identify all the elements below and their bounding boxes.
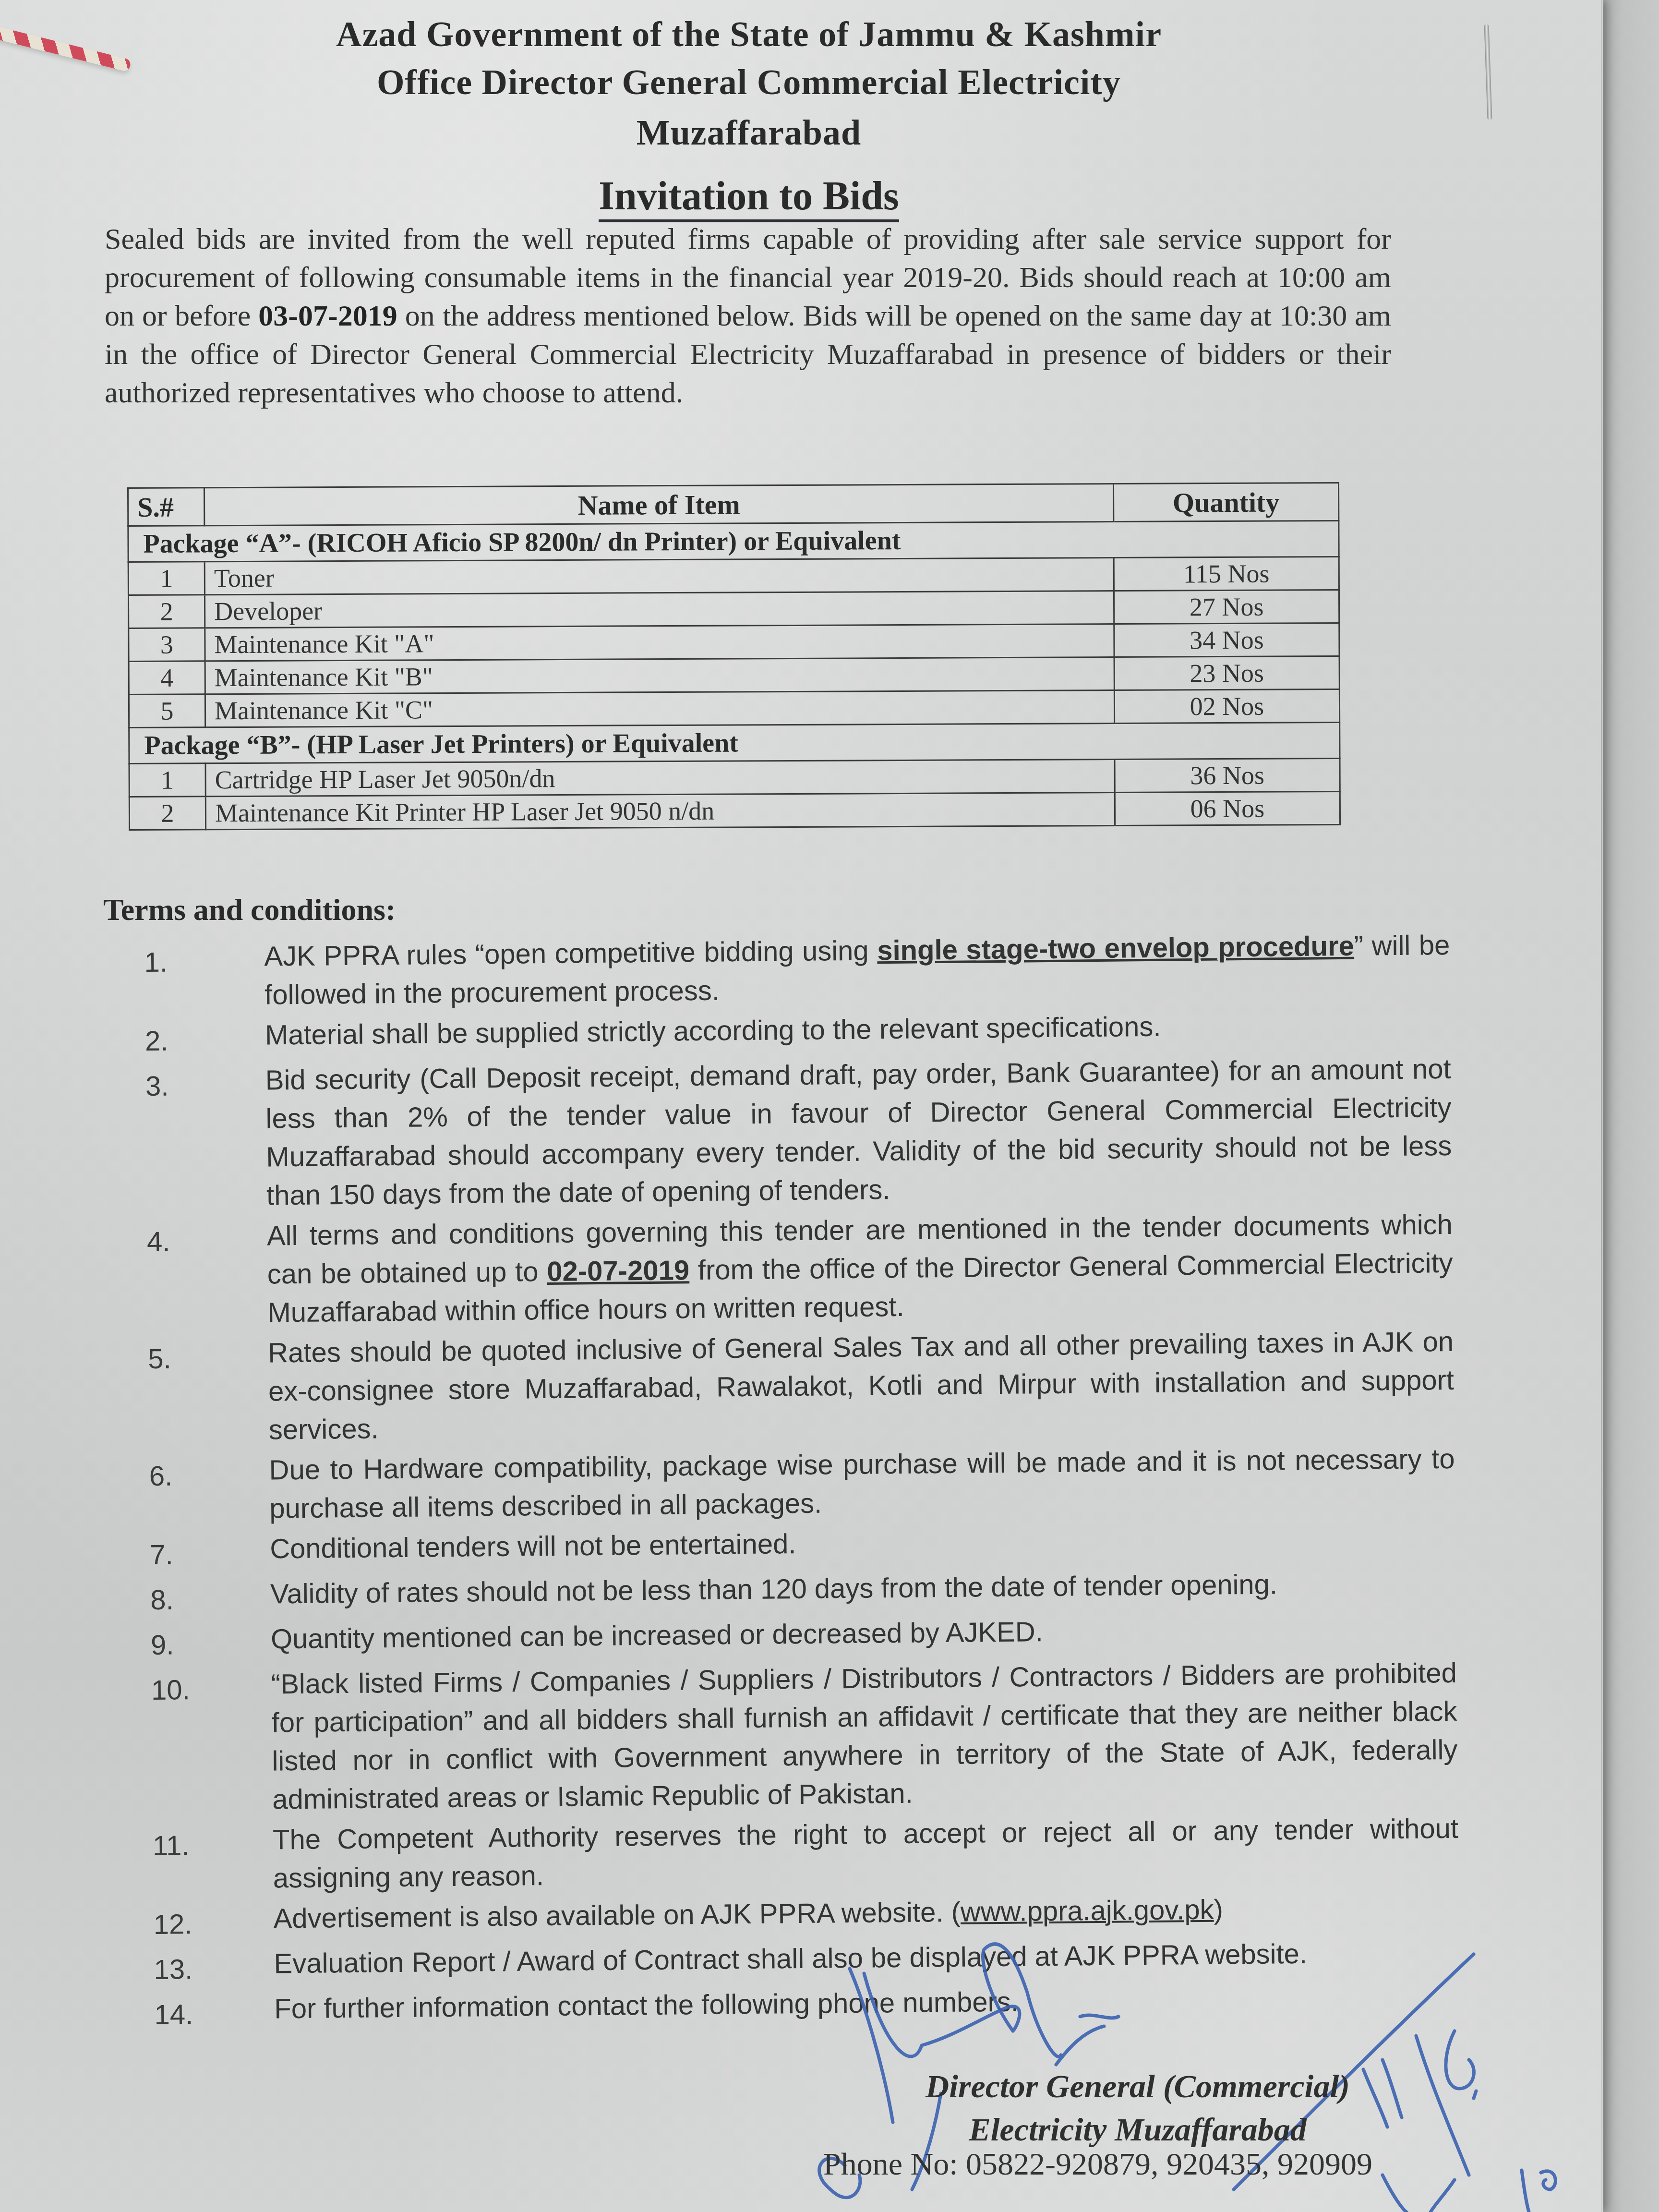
term-number: 2. <box>145 1016 265 1061</box>
letterhead-city: Muzaffarabad <box>0 113 1498 154</box>
term-text: Bid security (Call Deposit receipt, dema… <box>265 1050 1452 1215</box>
signatory-block: Director General (Commercial) Electricit… <box>826 2065 1450 2151</box>
term-number: 6. <box>149 1451 270 1529</box>
term-text: All terms and conditions governing this … <box>267 1206 1454 1332</box>
terms-heading: Terms and conditions: <box>103 892 396 928</box>
item-name: Cartridge HP Laser Jet 9050n/dn <box>205 760 1115 797</box>
term-number: 5. <box>148 1334 269 1450</box>
item-serial: 4 <box>129 661 205 695</box>
column-header-quantity: Quantity <box>1113 483 1338 521</box>
item-serial: 5 <box>129 694 205 728</box>
items-table: S.# Name of Item Quantity Package “A”- (… <box>127 482 1341 831</box>
term-emphasis: 02-07-2019 <box>547 1255 689 1287</box>
term-number: 10. <box>151 1666 273 1820</box>
title-text: Invitation to Bids <box>599 174 899 222</box>
signatory-title: Director General (Commercial) <box>826 2065 1450 2108</box>
column-header-item: Name of Item <box>204 484 1114 526</box>
package-header-row: Package “B”- (HP Laser Jet Printers) or … <box>129 722 1340 763</box>
table-row: 4Maintenance Kit "B"23 Nos <box>129 656 1339 694</box>
item-quantity: 34 Nos <box>1114 623 1339 657</box>
term-text: Rates should be quoted inclusive of Gene… <box>268 1323 1455 1450</box>
table-body: Package “A”- (RICOH Aficio SP 8200n/ dn … <box>128 520 1340 830</box>
term-text-start: Quantity mentioned can be increased or d… <box>271 1616 1043 1655</box>
term-item: 3.Bid security (Call Deposit receipt, de… <box>145 1050 1452 1216</box>
item-name: Maintenance Kit "C" <box>205 690 1114 727</box>
page-edge <box>1601 0 1602 2212</box>
term-item: 4.All terms and conditions governing thi… <box>147 1206 1454 1333</box>
term-number: 12. <box>153 1900 274 1944</box>
term-item: 1.AJK PPRA rules “open competitive biddi… <box>144 926 1450 1015</box>
item-name: Developer <box>204 591 1114 628</box>
package-title: Package “A”- (RICOH Aficio SP 8200n/ dn … <box>128 520 1339 562</box>
item-serial: 3 <box>129 628 205 662</box>
term-item: 10.“Black listed Firms / Companies / Sup… <box>151 1654 1458 1820</box>
term-text-start: Rates should be quoted inclusive of Gene… <box>268 1326 1454 1446</box>
item-serial: 2 <box>128 595 204 629</box>
contact-phone-numbers: Phone No: 05822-920879, 920435, 920909 <box>823 2146 1372 2183</box>
term-number: 11. <box>153 1821 274 1899</box>
term-text: For further information contact the foll… <box>274 1979 1460 2033</box>
term-text-start: Evaluation Report / Award of Contract sh… <box>274 1938 1307 1980</box>
term-text-start: Due to Hardware compatibility, package w… <box>269 1443 1455 1524</box>
term-text-start: Advertisement is also available on AJK P… <box>273 1897 961 1934</box>
item-quantity: 27 Nos <box>1114 590 1339 624</box>
term-text-start: Bid security (Call Deposit receipt, dema… <box>265 1053 1452 1211</box>
letterhead-office: Office Director General Commercial Elect… <box>0 62 1498 103</box>
term-text-start: The Competent Authority reserves the rig… <box>273 1813 1459 1894</box>
term-number: 13. <box>154 1945 274 1989</box>
table-row: 2Maintenance Kit Printer HP Laser Jet 90… <box>129 791 1340 830</box>
term-number: 7. <box>150 1530 270 1574</box>
item-name: Toner <box>204 558 1114 595</box>
item-quantity: 06 Nos <box>1115 791 1340 825</box>
term-number: 4. <box>147 1217 268 1333</box>
bid-deadline-date: 03-07-2019 <box>258 300 397 332</box>
item-name: Maintenance Kit "A" <box>205 624 1114 661</box>
page-title: Invitation to Bids <box>0 173 1498 219</box>
term-number: 3. <box>145 1062 266 1216</box>
item-serial: 1 <box>128 562 204 595</box>
term-number: 8. <box>150 1575 271 1620</box>
item-name: Maintenance Kit Printer HP Laser Jet 905… <box>205 793 1115 830</box>
term-text-start: For further information contact the foll… <box>274 1986 1019 2025</box>
term-text-start: Conditional tenders will not be entertai… <box>270 1528 796 1565</box>
term-text-end: ) <box>1214 1894 1223 1925</box>
letterhead-government: Azad Government of the State of Jammu & … <box>0 14 1498 55</box>
signatory-office: Electricity Muzaffarabad <box>826 2108 1450 2151</box>
table-row: 1Toner115 Nos <box>128 556 1339 595</box>
terms-list: 1.AJK PPRA rules “open competitive biddi… <box>144 926 1460 2036</box>
item-quantity: 36 Nos <box>1115 758 1340 792</box>
package-header-row: Package “A”- (RICOH Aficio SP 8200n/ dn … <box>128 520 1339 562</box>
item-name: Maintenance Kit "B" <box>205 657 1114 694</box>
term-text: The Competent Authority reserves the rig… <box>273 1810 1459 1898</box>
table-row: 5Maintenance Kit "C"02 Nos <box>129 689 1339 727</box>
term-number: 1. <box>144 938 265 1015</box>
intro-paragraph: Sealed bids are invited from the well re… <box>105 220 1391 412</box>
item-serial: 2 <box>129 797 205 830</box>
term-text: AJK PPRA rules “open competitive bidding… <box>264 926 1450 1015</box>
item-quantity: 115 Nos <box>1114 556 1339 591</box>
term-text: “Black listed Firms / Companies / Suppli… <box>271 1654 1458 1819</box>
item-quantity: 23 Nos <box>1114 656 1339 690</box>
term-item: 6.Due to Hardware compatibility, package… <box>149 1440 1455 1529</box>
item-quantity: 02 Nos <box>1114 689 1339 723</box>
term-item: 5.Rates should be quoted inclusive of Ge… <box>148 1323 1455 1450</box>
term-text-start: Validity of rates should not be less tha… <box>270 1569 1277 1609</box>
term-text: Due to Hardware compatibility, package w… <box>269 1440 1455 1528</box>
table-row: 3Maintenance Kit "A"34 Nos <box>129 623 1339 661</box>
table-header-row: S.# Name of Item Quantity <box>128 483 1339 526</box>
ppra-website-link[interactable]: www.ppra.ajk.gov.pk <box>961 1894 1214 1928</box>
table-row: 2Developer27 Nos <box>128 590 1339 628</box>
term-emphasis: single stage-two envelop procedure <box>877 931 1354 967</box>
column-header-serial: S.# <box>128 488 204 526</box>
term-text-start: AJK PPRA rules “open competitive bidding… <box>264 935 877 972</box>
term-text-start: Material shall be supplied strictly acco… <box>265 1011 1161 1051</box>
table-row: 1Cartridge HP Laser Jet 9050n/dn36 Nos <box>129 758 1340 797</box>
package-title: Package “B”- (HP Laser Jet Printers) or … <box>129 722 1340 763</box>
term-item: 11.The Competent Authority reserves the … <box>153 1810 1459 1899</box>
background-sheet <box>1594 0 1659 2212</box>
item-serial: 1 <box>129 763 205 797</box>
term-text-start: “Black listed Firms / Companies / Suppli… <box>271 1657 1458 1815</box>
term-number: 9. <box>151 1620 271 1665</box>
term-number: 14. <box>154 1990 275 2034</box>
